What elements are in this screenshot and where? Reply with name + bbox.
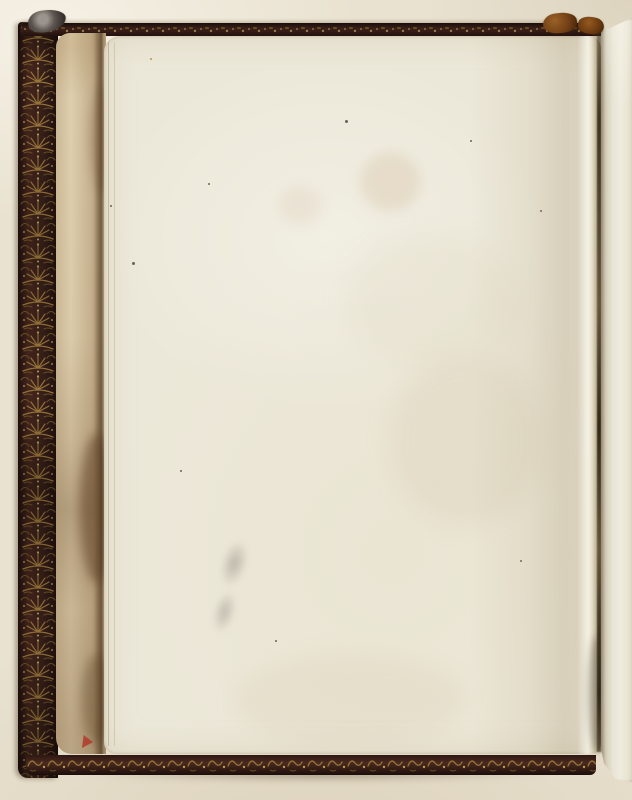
- speck: [208, 183, 210, 185]
- flyleaf-gutter: [56, 33, 106, 754]
- speck: [150, 58, 152, 60]
- photo-open-book: [0, 0, 632, 800]
- bottom-edge-leather: [26, 755, 596, 775]
- speck: [180, 470, 182, 472]
- foxing-stain: [360, 153, 420, 211]
- left-spine-leather: [18, 22, 58, 778]
- gold-tooling-pattern: [18, 22, 58, 778]
- fore-edge-shading: [469, 36, 601, 754]
- blank-page: [104, 36, 601, 754]
- grey-smudge: [189, 526, 268, 653]
- gold-scroll-pattern: [26, 755, 596, 775]
- foxing-stain: [235, 655, 465, 745]
- top-edge-leather: [22, 23, 602, 36]
- facing-leaf: [601, 18, 632, 782]
- speck: [110, 205, 112, 207]
- speck: [345, 120, 348, 123]
- foxing-stain: [278, 185, 322, 225]
- gold-speck-pattern: [22, 23, 602, 36]
- page-edge-line: [108, 42, 109, 746]
- speck: [275, 640, 277, 642]
- speck: [132, 262, 135, 265]
- page-edge-line: [114, 42, 115, 746]
